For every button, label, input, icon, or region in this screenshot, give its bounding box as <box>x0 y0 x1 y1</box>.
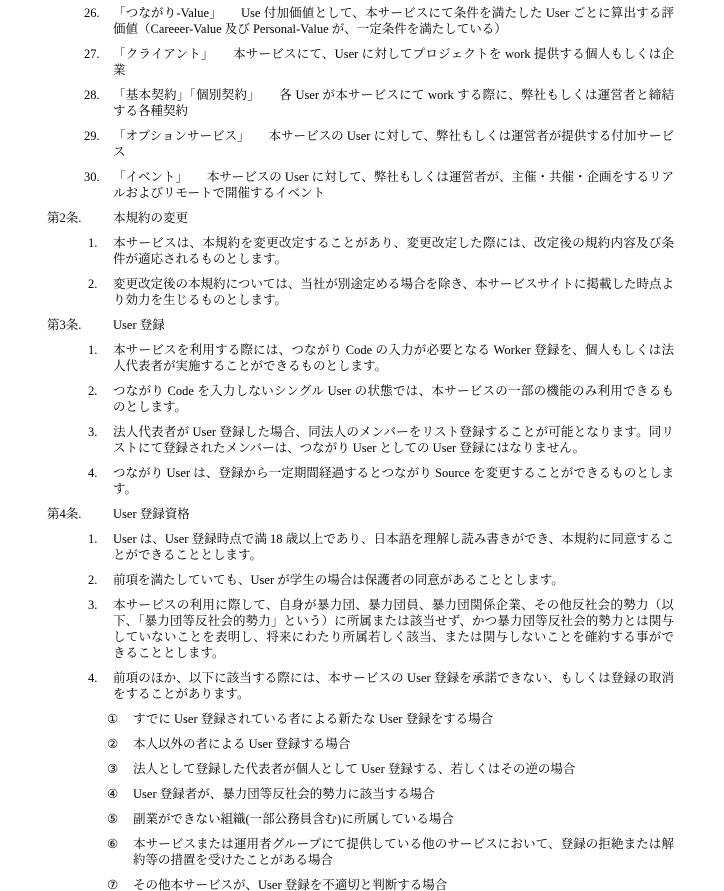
clause-text: つながり User は、登録から一定期間経過するとつながり Source を変更… <box>113 465 674 497</box>
sub-clause-text: 本サービスまたは運用者グループにて提供している他のサービスにおいて、登録の拒絶ま… <box>133 836 674 868</box>
definition-text: 「イベント」 本サービスの User に対して、弊社もしくは運営者が、主催・共催… <box>113 169 674 201</box>
article-heading: 第3条. User 登録 <box>0 317 674 333</box>
sub-clause-item: ④ User 登録者が、暴力団等反社会的勢力に該当する場合 <box>0 786 674 802</box>
list-number: 28. <box>84 87 113 119</box>
article-title: 本規約の変更 <box>113 210 674 226</box>
clause-item: 2. 変更改定後の本規約については、当社が別途定める場合を除き、本サービスサイト… <box>0 276 674 308</box>
clause-number: 3. <box>88 597 113 661</box>
clause-text: 法人代表者が User 登録した場合、同法人のメンバーをリスト登録することが可能… <box>113 424 674 456</box>
circled-number: ⑥ <box>107 836 133 868</box>
sub-clause-text: その他本サービスが、User 登録を不適切と判断する場合 <box>133 877 674 891</box>
clause-item: 2. 前項を満たしていても、User が学生の場合は保護者の同意があることとしま… <box>0 572 674 588</box>
sub-clause-text: 法人として登録した代表者が個人として User 登録する、若しくはその逆の場合 <box>133 761 674 777</box>
article-label: 第4条. <box>47 506 113 522</box>
definition-item: 26. 「つながり-Value」 Use 付加価値として、本サービスにて条件を満… <box>0 5 674 37</box>
circled-number: ③ <box>107 761 133 777</box>
clause-item: 1. 本サービスを利用する際には、つながり Code の入力が必要となる Wor… <box>0 342 674 374</box>
clause-number: 3. <box>88 424 113 456</box>
clause-text: 本サービスを利用する際には、つながり Code の入力が必要となる Worker… <box>113 342 674 374</box>
sub-clause-text: すでに User 登録されている者による新たな User 登録をする場合 <box>133 711 674 727</box>
terms-document-page: 26. 「つながり-Value」 Use 付加価値として、本サービスにて条件を満… <box>0 0 724 891</box>
circled-number: ① <box>107 711 133 727</box>
sub-clause-text: User 登録者が、暴力団等反社会的勢力に該当する場合 <box>133 786 674 802</box>
clause-number: 2. <box>88 383 113 415</box>
sub-clause-item: ⑦ その他本サービスが、User 登録を不適切と判断する場合 <box>0 877 674 891</box>
clause-item: 4. 前項のほか、以下に該当する際には、本サービスの User 登録を承諾できな… <box>0 670 674 702</box>
sub-clause-text: 副業ができない組織(一部公務員含む)に所属している場合 <box>133 811 674 827</box>
sub-clause-item: ⑥ 本サービスまたは運用者グループにて提供している他のサービスにおいて、登録の拒… <box>0 836 674 868</box>
article-heading: 第2条. 本規約の変更 <box>0 210 674 226</box>
clause-text: つながり Code を入力しないシングル User の状態では、本サービスの一部… <box>113 383 674 415</box>
clause-number: 4. <box>88 465 113 497</box>
clause-item: 3. 法人代表者が User 登録した場合、同法人のメンバーをリスト登録すること… <box>0 424 674 456</box>
article-title: User 登録資格 <box>113 506 674 522</box>
article-heading: 第4条. User 登録資格 <box>0 506 674 522</box>
sub-clause-item: ① すでに User 登録されている者による新たな User 登録をする場合 <box>0 711 674 727</box>
clause-number: 2. <box>88 276 113 308</box>
clause-text: User は、User 登録時点で満 18 歳以上であり、日本語を理解し読み書き… <box>113 531 674 563</box>
definition-text: 「基本契約」「個別契約」 各 User が本サービスにて work する際に、弊… <box>113 87 674 119</box>
clause-text: 本サービスは、本規約を変更改定することがあり、変更改定した際には、改定後の規約内… <box>113 235 674 267</box>
sub-clause-item: ③ 法人として登録した代表者が個人として User 登録する、若しくはその逆の場… <box>0 761 674 777</box>
definition-item: 30. 「イベント」 本サービスの User に対して、弊社もしくは運営者が、主… <box>0 169 674 201</box>
sub-clause-text: 本人以外の者による User 登録する場合 <box>133 736 674 752</box>
definition-item: 29. 「オプションサービス」 本サービスの User に対して、弊社もしくは運… <box>0 128 674 160</box>
circled-number: ⑤ <box>107 811 133 827</box>
clause-item: 1. User は、User 登録時点で満 18 歳以上であり、日本語を理解し読… <box>0 531 674 563</box>
clause-number: 1. <box>88 235 113 267</box>
clause-number: 1. <box>88 342 113 374</box>
clause-text: 前項のほか、以下に該当する際には、本サービスの User 登録を承諾できない、も… <box>113 670 674 702</box>
circled-number: ⑦ <box>107 877 133 891</box>
clause-text: 本サービスの利用に際して、自身が暴力団、暴力団員、暴力団関係企業、その他反社会的… <box>113 597 674 661</box>
definition-item: 27. 「クライアント」 本サービスにて、User に対してプロジェクトを wo… <box>0 46 674 78</box>
list-number: 27. <box>84 46 113 78</box>
clause-number: 4. <box>88 670 113 702</box>
circled-number: ④ <box>107 786 133 802</box>
article-title: User 登録 <box>113 317 674 333</box>
sub-clause-item: ② 本人以外の者による User 登録する場合 <box>0 736 674 752</box>
clause-item: 1. 本サービスは、本規約を変更改定することがあり、変更改定した際には、改定後の… <box>0 235 674 267</box>
definition-text: 「つながり-Value」 Use 付加価値として、本サービスにて条件を満たした … <box>113 5 674 37</box>
clause-text: 前項を満たしていても、User が学生の場合は保護者の同意があることとします。 <box>113 572 674 588</box>
clause-item: 4. つながり User は、登録から一定期間経過するとつながり Source … <box>0 465 674 497</box>
clause-number: 1. <box>88 531 113 563</box>
clause-text: 変更改定後の本規約については、当社が別途定める場合を除き、本サービスサイトに掲載… <box>113 276 674 308</box>
article-label: 第2条. <box>47 210 113 226</box>
list-number: 26. <box>84 5 113 37</box>
circled-number: ② <box>107 736 133 752</box>
definition-item: 28. 「基本契約」「個別契約」 各 User が本サービスにて work する… <box>0 87 674 119</box>
definition-text: 「クライアント」 本サービスにて、User に対してプロジェクトを work 提… <box>113 46 674 78</box>
list-number: 29. <box>84 128 113 160</box>
definition-text: 「オプションサービス」 本サービスの User に対して、弊社もしくは運営者が提… <box>113 128 674 160</box>
sub-clause-item: ⑤ 副業ができない組織(一部公務員含む)に所属している場合 <box>0 811 674 827</box>
clause-item: 2. つながり Code を入力しないシングル User の状態では、本サービス… <box>0 383 674 415</box>
article-label: 第3条. <box>47 317 113 333</box>
clause-number: 2. <box>88 572 113 588</box>
list-number: 30. <box>84 169 113 201</box>
clause-item: 3. 本サービスの利用に際して、自身が暴力団、暴力団員、暴力団関係企業、その他反… <box>0 597 674 661</box>
